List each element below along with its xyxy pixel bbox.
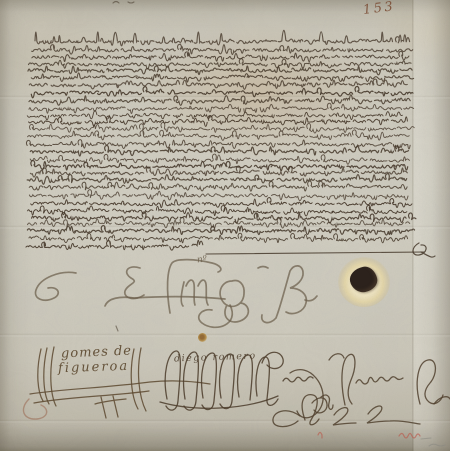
handwriting-line xyxy=(29,233,408,243)
handwriting-line xyxy=(29,79,407,89)
handwriting-line xyxy=(28,217,410,228)
closing-paraph xyxy=(413,243,435,257)
right-rubrics xyxy=(417,360,443,404)
royal-rubric xyxy=(220,281,248,322)
royal-rubric xyxy=(199,305,233,327)
royal-rubric-superscript: nº xyxy=(197,255,208,266)
gomez-flourish xyxy=(131,348,146,411)
romero-flourish xyxy=(262,352,283,368)
gomez-flourish xyxy=(95,396,126,418)
right-rubrics xyxy=(290,370,323,418)
handwriting-line xyxy=(26,140,410,149)
royal-rubric xyxy=(262,266,307,323)
romero-flourish xyxy=(256,357,278,405)
handwriting-line xyxy=(27,111,402,120)
royal-rubric xyxy=(258,267,268,269)
red-archival-mark xyxy=(318,433,322,439)
handwriting-line xyxy=(29,95,410,106)
gomez-flourish xyxy=(38,347,56,406)
right-rubrics xyxy=(273,411,300,427)
edge-marks xyxy=(116,326,118,331)
royal-rubric xyxy=(125,267,144,299)
handwriting-line xyxy=(35,30,410,45)
handwriting-line xyxy=(32,44,413,54)
handwriting-line xyxy=(31,86,413,97)
right-rubrics xyxy=(367,406,420,424)
handwriting-line xyxy=(32,51,409,61)
handwriting-line xyxy=(30,145,408,156)
right-rubrics xyxy=(342,354,355,405)
right-rubrics xyxy=(333,408,356,425)
closing-rule xyxy=(206,252,424,254)
pencil-mark xyxy=(421,438,445,446)
handwriting-line xyxy=(31,73,413,82)
romero-flourish xyxy=(283,377,313,382)
handwriting-line xyxy=(28,130,410,140)
edge-marks xyxy=(113,2,134,4)
royal-rubric xyxy=(181,280,208,306)
handwriting-line xyxy=(29,103,414,113)
royal-rubric xyxy=(35,272,76,300)
handwriting-line xyxy=(32,212,416,223)
handwriting-last-line xyxy=(26,240,203,250)
handwriting-layer xyxy=(0,0,450,451)
manuscript-page: 153 gomes de figueroa diego romero nº xyxy=(0,0,450,451)
handwriting-line xyxy=(28,66,412,75)
handwriting-line xyxy=(31,161,408,171)
red-archival-mark xyxy=(399,434,420,439)
right-rubrics xyxy=(329,354,344,360)
gomez-flourish xyxy=(34,391,149,403)
handwriting-line xyxy=(29,190,408,201)
right-rubrics xyxy=(356,377,403,384)
handwriting-line xyxy=(29,59,412,69)
handwriting-line xyxy=(29,181,407,191)
signature-gomes-de-figueroa-line2: figueroa xyxy=(58,359,130,376)
handwriting-line xyxy=(27,226,414,235)
